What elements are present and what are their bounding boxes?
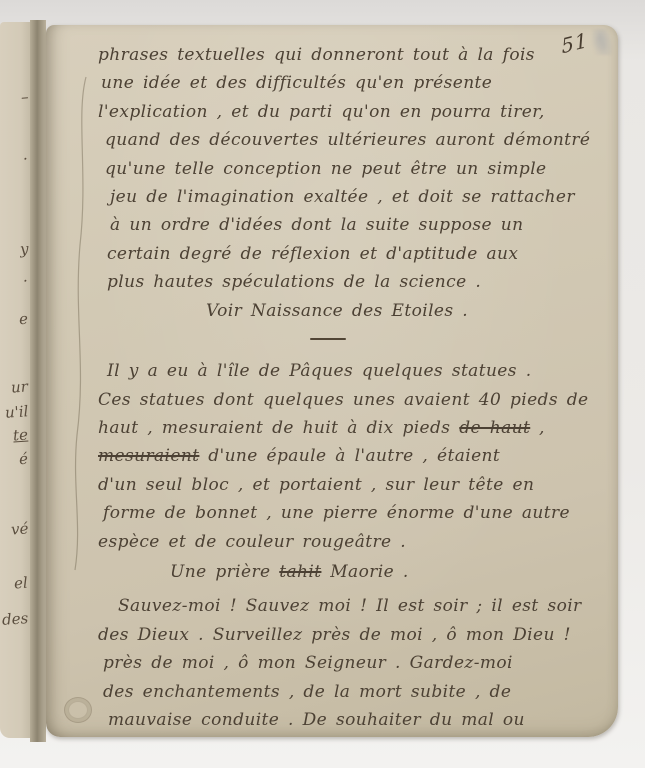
manuscript-line: forme de bonnet , une pierre énorme d'un… [98, 499, 603, 527]
manuscript-line: Ces statues dont quelques unes avaient 4… [98, 386, 603, 414]
manuscript-line: espèce et de couleur rougeâtre . [98, 528, 603, 556]
manuscript-line: haut , mesuraient de huit à dix pieds de… [98, 414, 603, 442]
manuscript-line: quand des découvertes ultérieures auront… [98, 126, 603, 154]
manuscript-line: à un ordre d'idées dont la suite suppose… [98, 211, 603, 239]
previous-page-text-fragment: y [19, 240, 29, 259]
previous-page-text-fragment: e [18, 310, 28, 329]
manuscript-line: Il y a eu à l'île de Pâques quelques sta… [98, 357, 603, 385]
manuscript-line: une idée et des difficultés qu'en présen… [98, 69, 603, 97]
manuscript-line: mesuraient d'une épaule à l'autre , étai… [98, 442, 603, 470]
manuscript-line: phrases textuelles qui donneront tout à … [98, 41, 603, 69]
manuscript-line: près de moi , ô mon Seigneur . Gardez-mo… [98, 649, 603, 677]
photograph-background: –·y·euru'ilteévéeldes 51 phrases textuel… [0, 0, 645, 768]
previous-page-text-fragment: · [23, 150, 29, 168]
previous-page-text-fragment: u'il [4, 402, 29, 422]
embossed-library-stamp [64, 697, 92, 723]
section-divider-dash [98, 325, 603, 353]
previous-page-text-fragment: é [18, 450, 28, 469]
manuscript-line: plus hautes spéculations de la science . [98, 268, 603, 296]
previous-page-text-fragment: el [14, 574, 29, 593]
paper-crease-line [46, 25, 106, 625]
book-gutter-shadow [30, 20, 46, 742]
previous-page-edge: –·y·euru'ilteévéeldes [0, 22, 30, 738]
manuscript-line: Une prière tahit Maorie . [98, 558, 603, 586]
previous-page-text-fragment: – [20, 88, 29, 106]
manuscript-line: qu'une telle conception ne peut être un … [98, 155, 603, 183]
manuscript-line: Sauvez-moi ! Sauvez moi ! Il est soir ; … [98, 592, 603, 620]
previous-page-text-fragment: ur [11, 377, 29, 396]
manuscript-line: jeu de l'imagination exaltée , et doit s… [98, 183, 603, 211]
manuscript-line: des Dieux . Surveillez près de moi , ô m… [98, 621, 603, 649]
manuscript-page: 51 phrases textuelles qui donneront tout… [46, 25, 618, 737]
previous-page-text-fragment: · [23, 272, 29, 290]
manuscript-line: d'un seul bloc , et portaient , sur leur… [98, 471, 603, 499]
previous-page-text-fragment: te [12, 426, 28, 445]
previous-page-text-fragment: des [1, 609, 28, 629]
manuscript-line: l'explication , et du parti qu'on en pou… [98, 98, 603, 126]
manuscript-line: certain degré de réflexion et d'aptitude… [98, 240, 603, 268]
manuscript-line: mauvaise conduite . De souhaiter du mal … [98, 706, 603, 734]
manuscript-line: des enchantements , de la mort subite , … [98, 678, 603, 706]
manuscript-text: phrases textuelles qui donneront tout à … [98, 41, 603, 734]
previous-page-text-fragment: vé [10, 519, 29, 538]
manuscript-line: Voir Naissance des Etoiles . [98, 297, 603, 325]
